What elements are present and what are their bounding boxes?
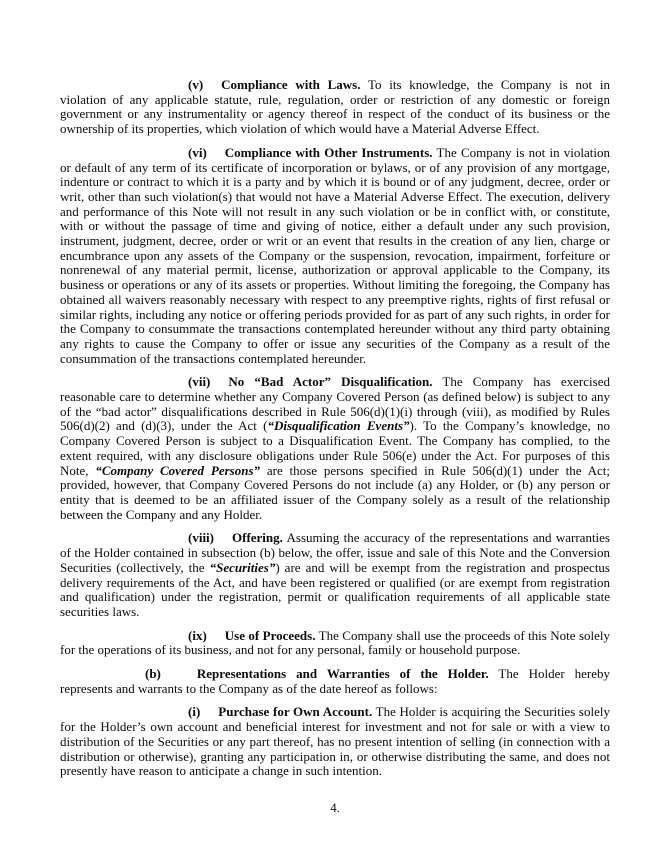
paragraph-v: (v)Compliance with Laws. To its knowledg… [60,78,610,137]
paragraph-heading: (vii) [188,374,210,389]
paragraph-ix: (ix)Use of Proceeds. The Company shall u… [60,629,610,658]
paragraph-heading: Purchase for Own Account. [218,704,372,719]
paragraph-b: (b)Representations and Warranties of the… [60,667,610,696]
paragraph-text: The Company shall use the proceeds of th… [60,628,610,658]
page-number: 4. [0,801,670,816]
paragraph-heading: Compliance with Laws. [221,77,360,92]
paragraph-heading: (ix) [188,628,207,643]
paragraph-heading: Compliance with Other Instruments. [225,145,433,160]
paragraph-heading: Use of Proceeds. [225,628,316,643]
paragraph-viii: (viii)Offering. Assuming the accuracy of… [60,531,610,619]
paragraph-vii: (vii)No “Bad Actor” Disqualification. Th… [60,375,610,522]
paragraph-heading: (i) [188,704,200,719]
document-page: (v)Compliance with Laws. To its knowledg… [0,0,670,867]
paragraph-heading: (vi) [188,145,207,160]
paragraph-heading: “Disqualification Events” [267,418,409,433]
paragraph-heading: (v) [188,77,203,92]
paragraph-text: The Company is not in violation or defau… [60,145,610,366]
paragraph-vi: (vi)Compliance with Other Instruments. T… [60,146,610,367]
paragraph-heading: “Securities” [210,560,276,575]
paragraph-i: (i)Purchase for Own Account. The Holder … [60,705,610,779]
paragraph-heading: No “Bad Actor” Disqualification. [228,374,432,389]
paragraph-heading: Offering. [232,530,283,545]
paragraph-heading: “Company Covered Persons” [95,463,260,478]
paragraph-heading: (viii) [188,530,214,545]
paragraph-heading: Representations and Warranties of the Ho… [197,666,489,681]
paragraph-heading: (b) [145,666,161,681]
document-body: (v)Compliance with Laws. To its knowledg… [60,78,610,788]
